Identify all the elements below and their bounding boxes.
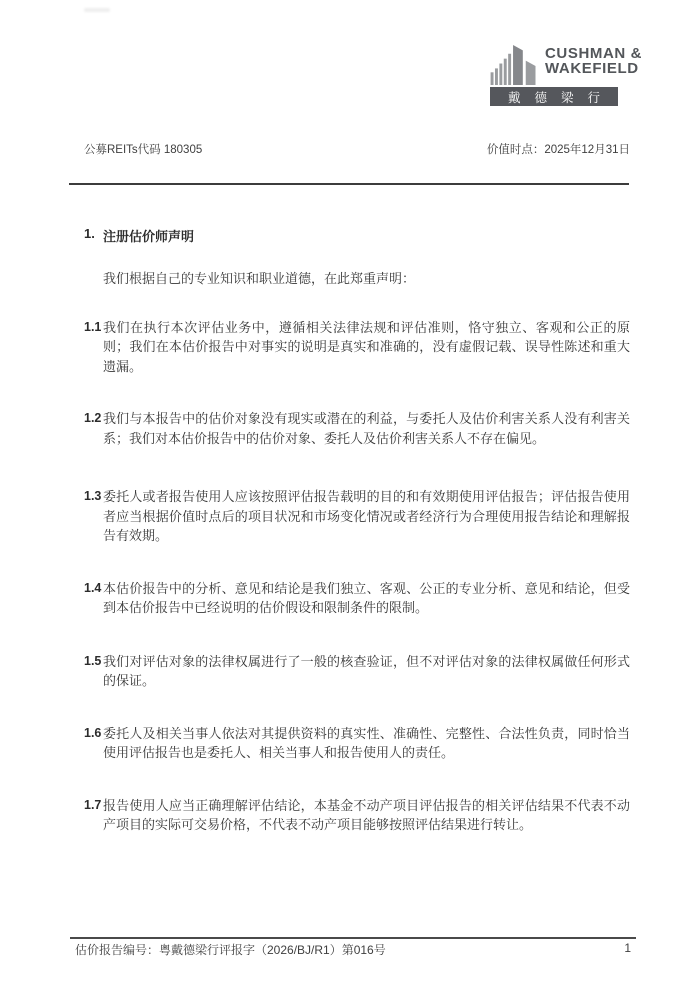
intro-paragraph: 我们根据自己的专业知识和职业道德，在此郑重声明： [103,269,630,289]
brand-line2: WAKEFIELD [545,61,642,76]
statement-number: 1.2 [84,409,103,448]
statement-item: 1.7 报告使用人应当正确理解评估结论，本基金不动产项目评估报告的相关评估结果不… [84,796,630,835]
statement-text: 委托人或者报告使用人应该按照评估报告载明的目的和有效期使用评估报告；评估报告使用… [103,487,630,546]
building-bars-icon [490,44,540,85]
logo-top: CUSHMAN & WAKEFIELD [490,44,638,85]
statement-text: 我们与本报告中的估价对象没有现实或潜在的利益，与委托人及估价利害关系人没有利害关… [103,409,630,448]
statements-list: 1.1 我们在执行本次评估业务中，遵循相关法律法规和评估准则，恪守独立、客观和公… [84,318,630,835]
section-title-text: 注册估价师声明 [103,226,194,245]
header-divider [69,183,629,185]
section-number: 1. [84,226,103,245]
statement-item: 1.5 我们对评估对象的法律权属进行了一般的核查验证，但不对评估对象的法律权属做… [84,652,630,691]
brand-line1: CUSHMAN & [545,46,642,61]
report-number-label: 估价报告编号：粤戴德梁行评报字（2026/BJ/R1）第016号 [75,941,386,958]
statement-item: 1.2 我们与本报告中的估价对象没有现实或潜在的利益，与委托人及估价利害关系人没… [84,409,630,448]
statement-text: 我们在执行本次评估业务中，遵循相关法律法规和评估准则，恪守独立、客观和公正的原则… [103,318,630,377]
section-title: 1. 注册估价师声明 [84,226,630,245]
page-number: 1 [624,941,631,958]
statement-item: 1.4 本估价报告中的分析、意见和结论是我们独立、客观、公正的专业分析、意见和结… [84,579,630,618]
statement-number: 1.6 [84,724,103,763]
statement-text: 委托人及相关当事人依法对其提供资料的真实性、准确性、完整性、合法性负责，同时恰当… [103,724,630,763]
statement-number: 1.5 [84,652,103,691]
statement-text: 我们对评估对象的法律权属进行了一般的核查验证，但不对评估对象的法律权属做任何形式… [103,652,630,691]
logo-cjk-band: 戴德梁行 [490,87,618,106]
statement-number: 1.7 [84,796,103,835]
value-date-label: 价值时点：2025年12月31日 [487,141,630,157]
statement-item: 1.1 我们在执行本次评估业务中，遵循相关法律法规和评估准则，恪守独立、客观和公… [84,318,630,377]
statement-number: 1.1 [84,318,103,377]
declaration-section: 1. 注册估价师声明 我们根据自己的专业知识和职业道德，在此郑重声明： 1.1 … [84,226,630,868]
footer-divider [70,937,636,939]
footer-row: 估价报告编号：粤戴德梁行评报字（2026/BJ/R1）第016号 1 [75,941,631,958]
statement-text: 本估价报告中的分析、意见和结论是我们独立、客观、公正的专业分析、意见和结论，但受… [103,579,630,618]
statement-number: 1.3 [84,487,103,546]
header-meta-row: 公募REITs代码 180305 价值时点：2025年12月31日 [84,141,630,157]
statement-item: 1.6 委托人及相关当事人依法对其提供资料的真实性、准确性、完整性、合法性负责，… [84,724,630,763]
statement-item: 1.3 委托人或者报告使用人应该按照评估报告载明的目的和有效期使用评估报告；评估… [84,487,630,546]
reit-code-label: 公募REITs代码 180305 [84,141,202,157]
brand-wordmark: CUSHMAN & WAKEFIELD [545,46,642,76]
scan-artifact [84,8,110,12]
statement-number: 1.4 [84,579,103,618]
report-page: CUSHMAN & WAKEFIELD 戴德梁行 公募REITs代码 18030… [0,0,700,990]
statement-text: 报告使用人应当正确理解评估结论，本基金不动产项目评估报告的相关评估结果不代表不动… [103,796,630,835]
cushman-wakefield-logo: CUSHMAN & WAKEFIELD 戴德梁行 [490,44,638,106]
